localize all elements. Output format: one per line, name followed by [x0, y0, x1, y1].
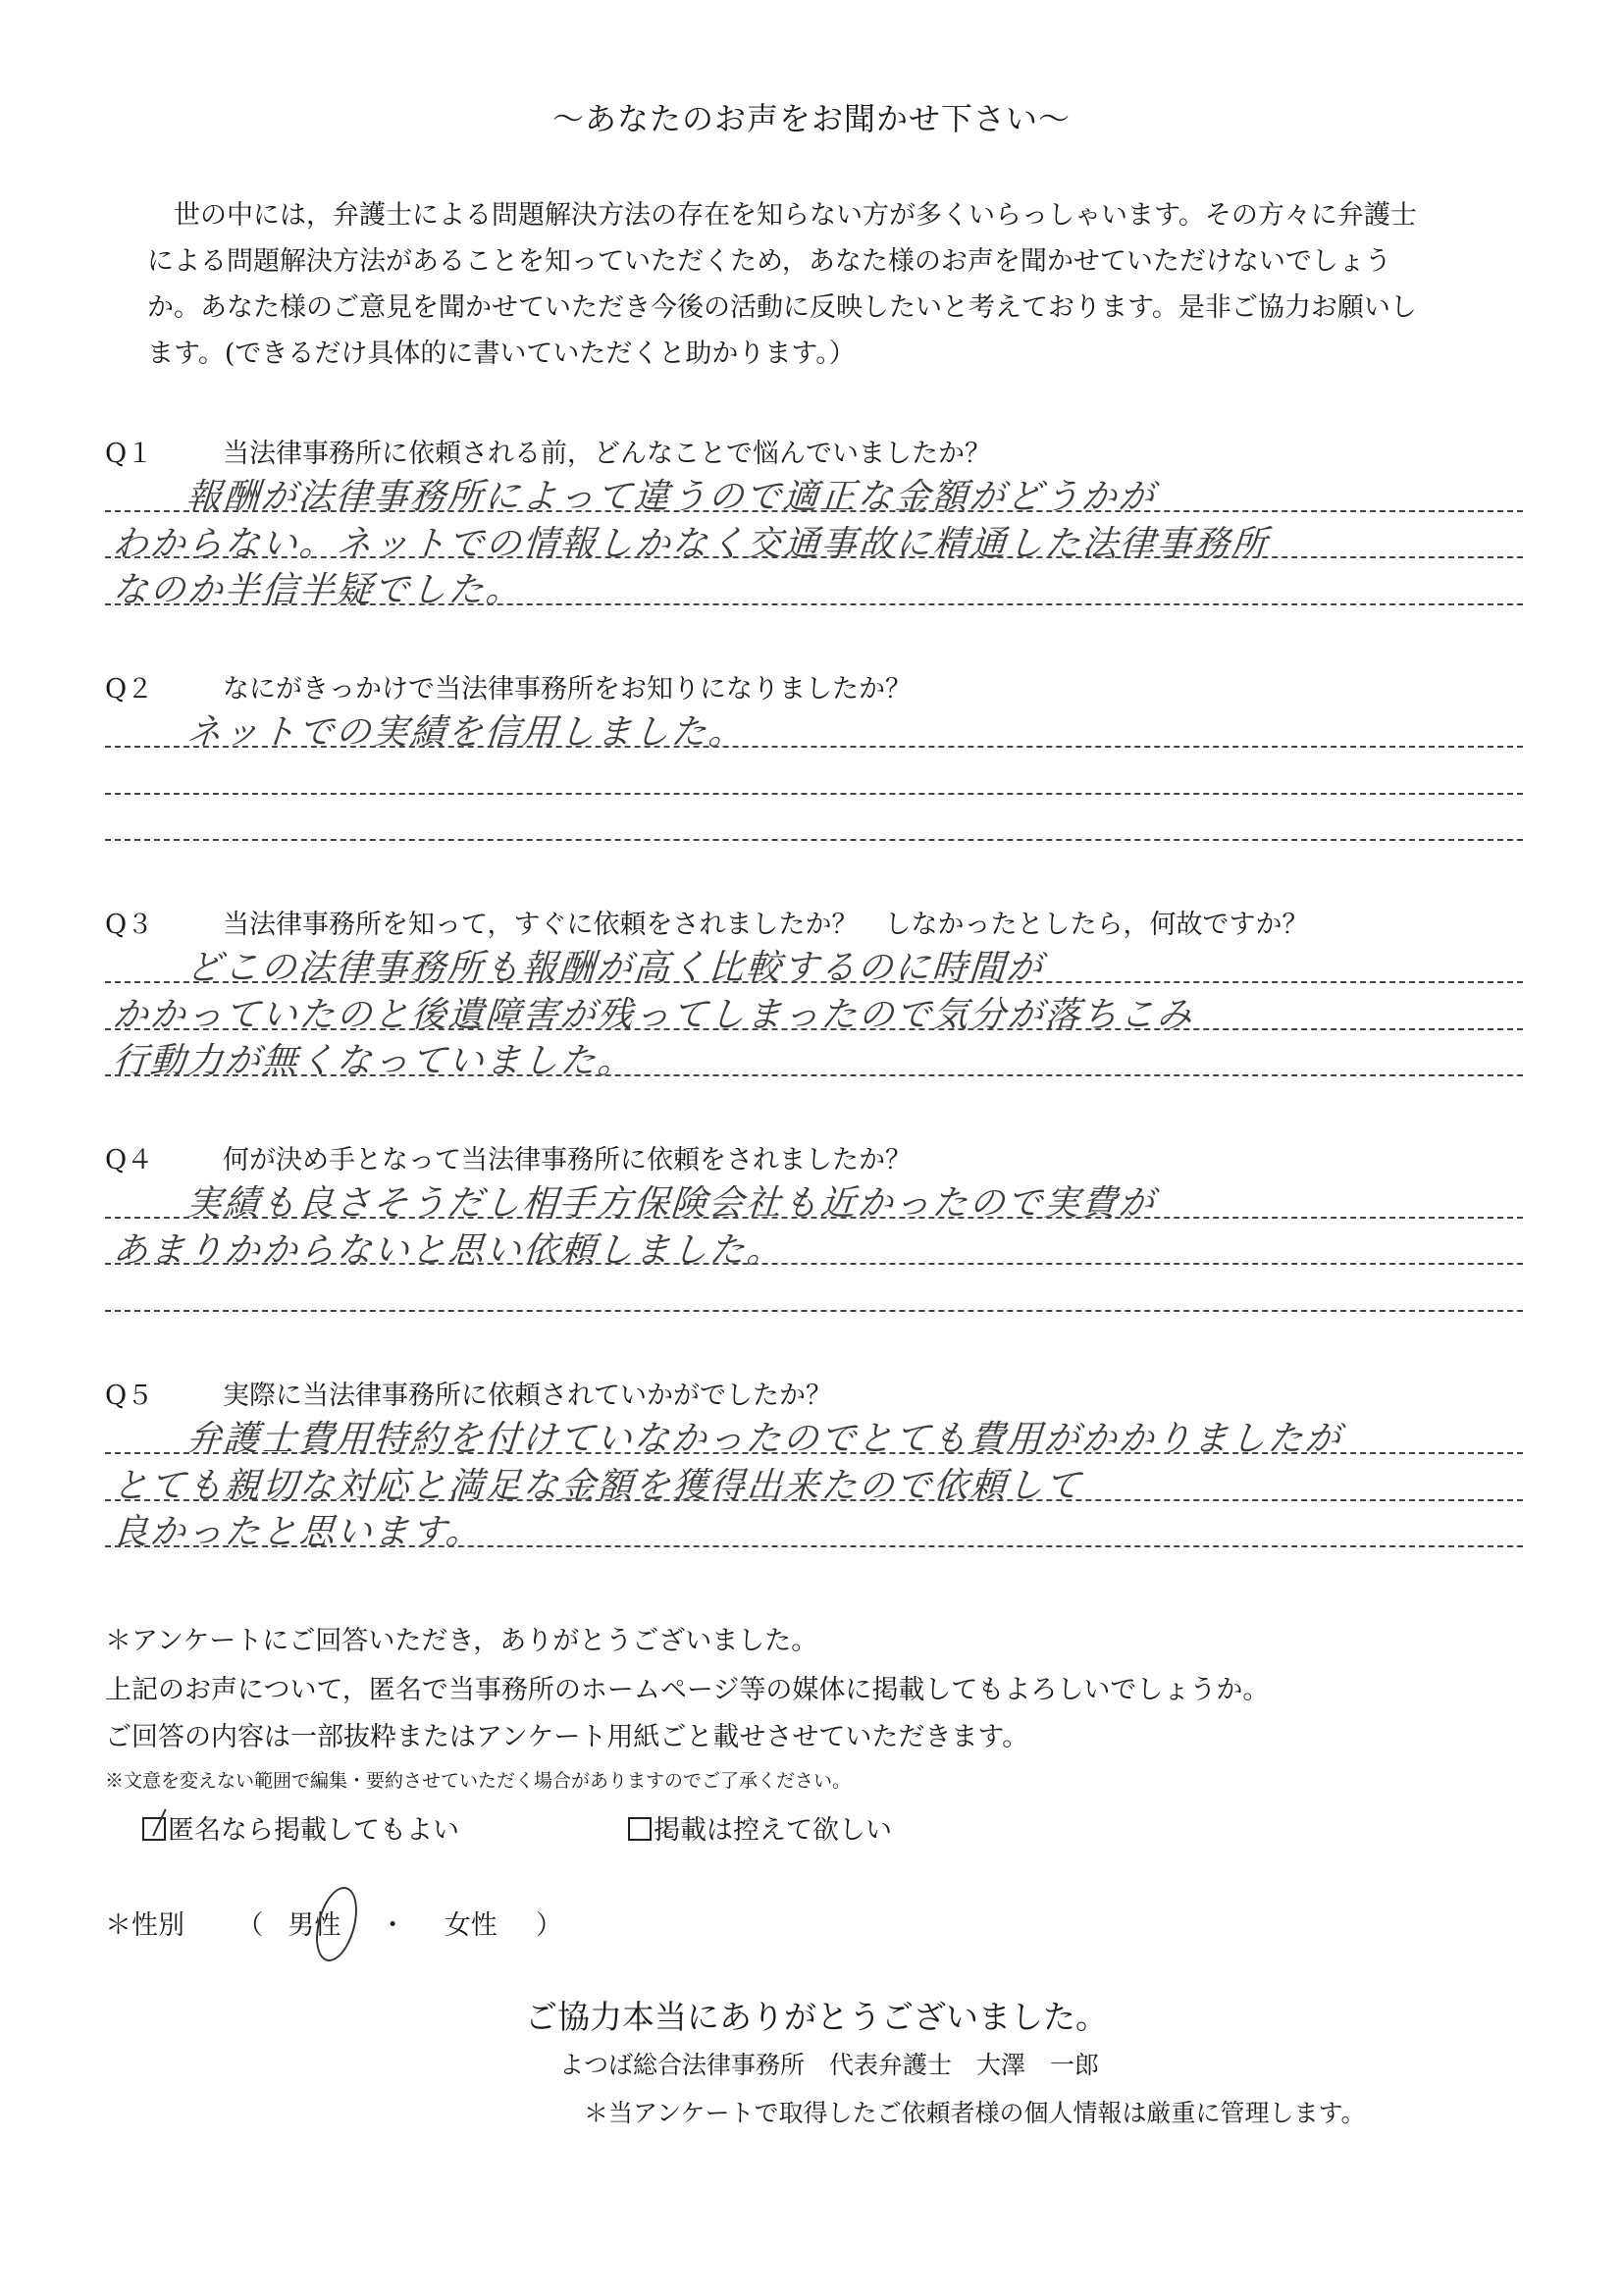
question-number: Q３ — [105, 903, 223, 941]
edit-note: ※文意を変えない範囲で編集・要約させていただく場合がありますのでご了承ください。 — [105, 1766, 851, 1793]
question-text: なにがきっかけで当法律事務所をお知りになりましたか？ — [223, 674, 912, 704]
answer-3-rule — [105, 1074, 1523, 1076]
survey-title: ～あなたのお声をお聞かせ下さい～ — [0, 94, 1623, 139]
question-3: Q３当法律事務所を知って，すぐに依頼をされましたか？ しなかったとしたら，何故で… — [105, 903, 1308, 941]
question-text: 実際に当法律事務所に依頼されていかがでしたか？ — [223, 1381, 832, 1411]
question-number: Q４ — [105, 1138, 223, 1176]
intro-line: ます。(できるだけ具体的に書いていただくと助かります。） — [147, 331, 1521, 377]
permission-question: 上記のお声について，匿名で当事務所のホームページ等の媒体に掲載してもよろしいでし… — [105, 1668, 1269, 1706]
answer-1-line-2: わからない。ネットでの情報しかなく交通事故に精通した法律事務所 — [111, 516, 1271, 566]
signature: よつば総合法律事務所 代表弁護士 大澤 一郎 — [559, 2046, 1099, 2081]
gender-female[interactable]: 女性 — [445, 1910, 497, 1941]
question-5: Q５実際に当法律事務所に依頼されていかがでしたか？ — [105, 1374, 832, 1412]
question-1: Q１当法律事務所に依頼される前，どんなことで悩んでいましたか？ — [105, 432, 991, 470]
answer-4-line-2: あまりかからないと思い依頼しました。 — [111, 1223, 786, 1273]
checkbox-checked-icon[interactable] — [142, 1817, 166, 1841]
open-paren: （ — [236, 1910, 263, 1941]
answer-2-rule — [105, 746, 1523, 748]
answer-4-rule — [105, 1310, 1523, 1312]
answer-1-rule — [105, 603, 1523, 605]
intro-paragraph: 世の中には，弁護士による問題解決方法の存在を知らない方が多くいらっしゃいます。そ… — [147, 192, 1521, 377]
question-text: 何が決め手となって当法律事務所に依頼をされましたか？ — [223, 1145, 912, 1175]
question-text: 当法律事務所に依頼される前，どんなことで悩んでいましたか？ — [223, 439, 991, 469]
answer-2-rule — [105, 793, 1523, 795]
close-paren: ） — [536, 1910, 562, 1941]
answer-5-rule — [105, 1499, 1523, 1501]
question-number: Q５ — [105, 1374, 223, 1412]
answer-5-rule — [105, 1545, 1523, 1547]
answer-3-rule — [105, 1028, 1523, 1030]
answer-5-rule — [105, 1452, 1523, 1454]
intro-line: 世の中には，弁護士による問題解決方法の存在を知らない方が多くいらっしゃいます。そ… — [147, 192, 1521, 238]
privacy-note: ＊当アンケートで取得したご依頼者様の個人情報は厳重に管理します。 — [584, 2094, 1366, 2129]
intro-line: による問題解決方法があることを知っていただくため，あなた様のお声を聞かせていただ… — [147, 238, 1521, 285]
closing-message: ご協力本当にありがとうございました。 — [525, 1992, 1108, 2038]
gender-label: ＊性別 — [105, 1910, 184, 1941]
question-text: 当法律事務所を知って，すぐに依頼をされましたか？ しなかったとしたら，何故ですか… — [223, 910, 1308, 940]
answer-2-rule — [105, 839, 1523, 841]
intro-line: か。あなた様のご意見を聞かせていただき今後の活動に反映したいと考えております。是… — [147, 285, 1521, 331]
answer-4-rule — [105, 1217, 1523, 1219]
option-label: 匿名なら掲載してもよい — [168, 1815, 459, 1846]
option-allow-anonymous[interactable]: 匿名なら掲載してもよい — [142, 1808, 459, 1847]
answer-1-rule — [105, 556, 1523, 558]
separator: ・ — [380, 1910, 406, 1941]
answer-1-rule — [105, 510, 1523, 512]
option-label: 掲載は控えて欲しい — [654, 1815, 892, 1846]
answer-4-rule — [105, 1263, 1523, 1265]
checkbox-empty-icon[interactable] — [628, 1817, 652, 1841]
thanks-line: ＊アンケートにご回答いただき，ありがとうございました。 — [105, 1619, 817, 1657]
question-number: Q２ — [105, 667, 223, 705]
question-2: Q２なにがきっかけで当法律事務所をお知りになりましたか？ — [105, 667, 912, 705]
question-number: Q１ — [105, 432, 223, 470]
answer-3-rule — [105, 981, 1523, 983]
question-4: Q４何が決め手となって当法律事務所に依頼をされましたか？ — [105, 1138, 912, 1176]
option-decline[interactable]: 掲載は控えて欲しい — [628, 1808, 892, 1847]
content-note: ご回答の内容は一部抜粋またはアンケート用紙ごと載せさせていただきます。 — [105, 1715, 1028, 1753]
